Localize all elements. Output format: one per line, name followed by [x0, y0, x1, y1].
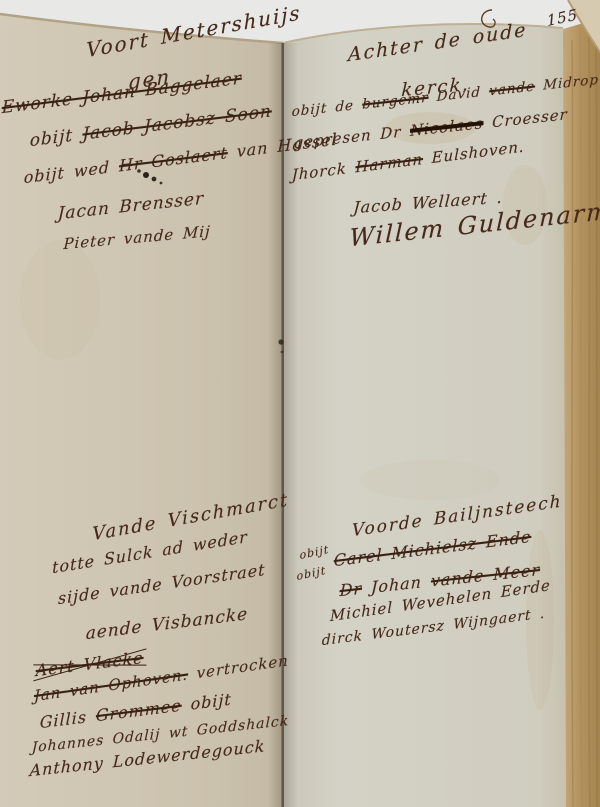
struck-title: Dr — [339, 579, 362, 601]
ink-blot — [143, 172, 149, 178]
book-gutter — [282, 43, 285, 807]
manuscript-photo: 155 Voort Metershuijs gen Eworke Johan B… — [0, 0, 600, 807]
